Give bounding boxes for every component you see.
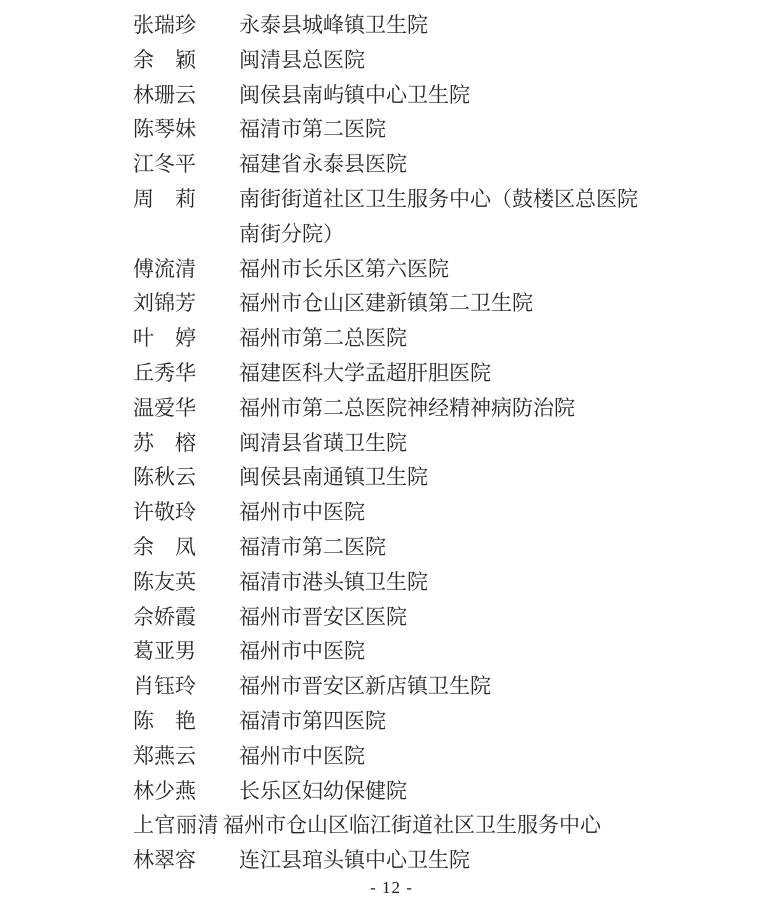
organization: 闽清县总医院 — [239, 43, 365, 78]
roster-row: 葛亚男 福州市中医院 — [133, 634, 653, 669]
person-name: 葛亚男 — [133, 634, 196, 669]
page-number: - 12 - — [0, 878, 783, 898]
roster-row: 余 颖 闽清县总医院 — [133, 43, 653, 78]
organization: 南街街道社区卫生服务中心（鼓楼区总医院南街分院） — [239, 182, 641, 252]
organization: 福建省永泰县医院 — [239, 147, 407, 182]
organization: 福州市中医院 — [239, 634, 365, 669]
roster-row: 肖钰玲 福州市晋安区新店镇卫生院 — [133, 669, 653, 704]
roster-list: 张瑞珍 永泰县城峰镇卫生院 余 颖 闽清县总医院 林珊云 闽侯县南屿镇中心卫生院… — [0, 0, 783, 878]
organization: 长乐区妇幼保健院 — [239, 774, 407, 809]
person-name: 陈友英 — [133, 565, 196, 600]
roster-row: 陈友英 福清市港头镇卫生院 — [133, 565, 653, 600]
person-name: 佘娇霞 — [133, 600, 196, 635]
person-name: 陈琴妹 — [133, 112, 196, 147]
organization: 福州市中医院 — [239, 739, 365, 774]
document-page: 张瑞珍 永泰县城峰镇卫生院 余 颖 闽清县总医院 林珊云 闽侯县南屿镇中心卫生院… — [0, 0, 783, 905]
person-name: 陈 艳 — [133, 704, 196, 739]
person-name: 刘锦芳 — [133, 286, 196, 321]
person-name: 叶 婷 — [133, 321, 196, 356]
person-name: 余 颖 — [133, 43, 196, 78]
person-name: 余 凤 — [133, 530, 196, 565]
person-name: 傅流清 — [133, 252, 196, 287]
organization: 福建医科大学孟超肝胆医院 — [239, 356, 491, 391]
organization: 福州市晋安区医院 — [239, 600, 407, 635]
roster-row: 余 凤 福清市第二医院 — [133, 530, 653, 565]
roster-row: 郑燕云 福州市中医院 — [133, 739, 653, 774]
roster-row: 林珊云 闽侯县南屿镇中心卫生院 — [133, 78, 653, 113]
roster-row: 江冬平 福建省永泰县医院 — [133, 147, 653, 182]
roster-row: 周 莉 南街街道社区卫生服务中心（鼓楼区总医院南街分院） — [133, 182, 653, 252]
roster-row: 林翠容 连江县琯头镇中心卫生院 — [133, 843, 653, 878]
person-name: 林翠容 — [133, 843, 196, 878]
roster-row: 傅流清 福州市长乐区第六医院 — [133, 252, 653, 287]
organization: 福清市港头镇卫生院 — [239, 565, 428, 600]
person-name: 林少燕 — [133, 774, 196, 809]
organization: 福州市晋安区新店镇卫生院 — [239, 669, 491, 704]
organization: 闽侯县南通镇卫生院 — [239, 460, 428, 495]
roster-row: 陈琴妹 福清市第二医院 — [133, 112, 653, 147]
organization: 福清市第二医院 — [239, 112, 386, 147]
roster-row: 佘娇霞 福州市晋安区医院 — [133, 600, 653, 635]
organization: 福州市长乐区第六医院 — [239, 252, 449, 287]
person-name: 江冬平 — [133, 147, 196, 182]
roster-row: 刘锦芳 福州市仓山区建新镇第二卫生院 — [133, 286, 653, 321]
organization: 永泰县城峰镇卫生院 — [239, 8, 428, 43]
person-name: 温爱华 — [133, 391, 196, 426]
person-name: 周 莉 — [133, 182, 196, 217]
person-name: 林珊云 — [133, 78, 196, 113]
organization: 福州市仓山区临江街道社区卫生服务中心 — [223, 808, 601, 843]
person-name: 陈秋云 — [133, 460, 196, 495]
roster-row: 林少燕 长乐区妇幼保健院 — [133, 774, 653, 809]
organization: 福州市第二总医院神经精神病防治院 — [239, 391, 575, 426]
person-name: 许敬玲 — [133, 495, 196, 530]
organization: 连江县琯头镇中心卫生院 — [239, 843, 470, 878]
organization: 闽清县省璜卫生院 — [239, 426, 407, 461]
organization: 福州市仓山区建新镇第二卫生院 — [239, 286, 533, 321]
person-name: 郑燕云 — [133, 739, 196, 774]
roster-row: 温爱华 福州市第二总医院神经精神病防治院 — [133, 391, 653, 426]
organization: 福清市第二医院 — [239, 530, 386, 565]
person-name: 肖钰玲 — [133, 669, 196, 704]
person-name: 上官丽清 — [133, 808, 217, 843]
roster-row: 陈秋云 闽侯县南通镇卫生院 — [133, 460, 653, 495]
roster-row: 张瑞珍 永泰县城峰镇卫生院 — [133, 8, 653, 43]
person-name: 丘秀华 — [133, 356, 196, 391]
roster-row: 叶 婷 福州市第二总医院 — [133, 321, 653, 356]
person-name: 苏 榕 — [133, 426, 196, 461]
person-name: 张瑞珍 — [133, 8, 196, 43]
roster-row: 苏 榕 闽清县省璜卫生院 — [133, 426, 653, 461]
organization: 闽侯县南屿镇中心卫生院 — [239, 78, 470, 113]
roster-row: 陈 艳 福清市第四医院 — [133, 704, 653, 739]
roster-row: 上官丽清 福州市仓山区临江街道社区卫生服务中心 — [133, 808, 653, 843]
roster-row: 许敬玲 福州市中医院 — [133, 495, 653, 530]
organization: 福清市第四医院 — [239, 704, 386, 739]
roster-row: 丘秀华 福建医科大学孟超肝胆医院 — [133, 356, 653, 391]
organization: 福州市中医院 — [239, 495, 365, 530]
organization: 福州市第二总医院 — [239, 321, 407, 356]
